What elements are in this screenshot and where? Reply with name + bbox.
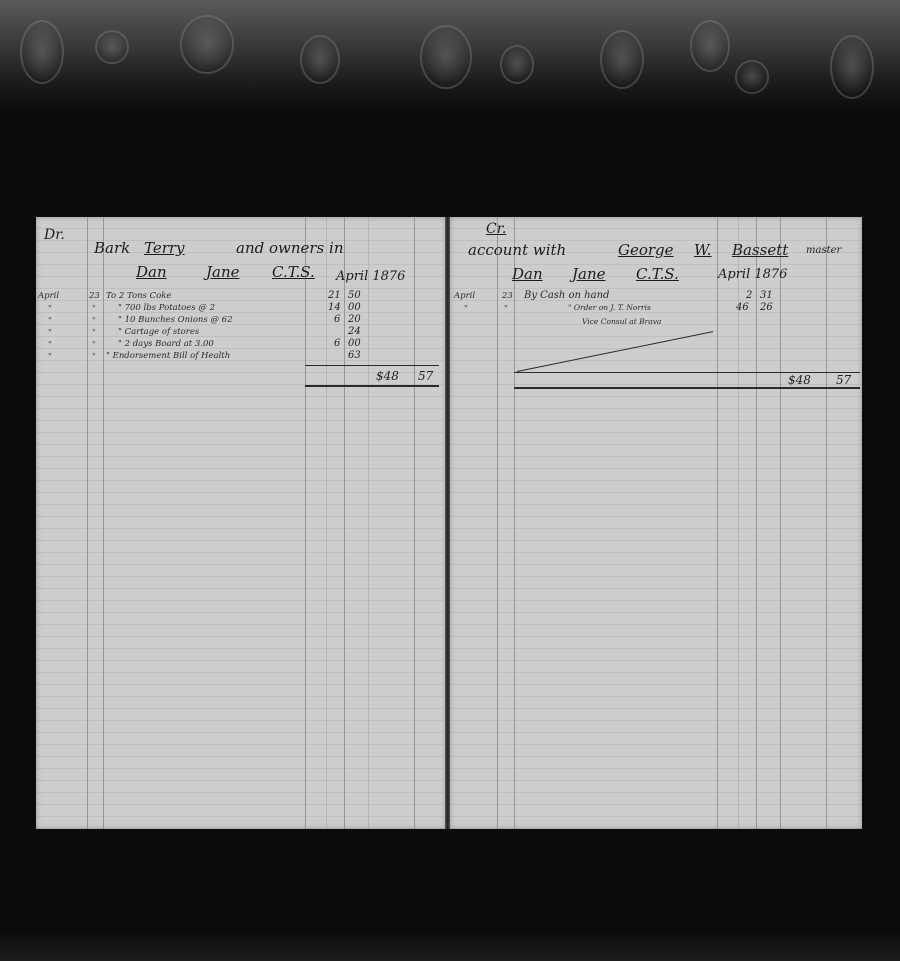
heading-location: C.T.S. [636, 265, 679, 283]
heading-jane: Jane [572, 265, 606, 283]
microfilm-top-border [0, 0, 900, 110]
total-rule [514, 387, 860, 389]
total-dollars: $48 [376, 369, 399, 383]
total-cents: 57 [836, 373, 851, 387]
master-initial: W. [694, 241, 712, 259]
cancel-line [517, 331, 713, 372]
heading-date: April 1876 [718, 267, 787, 282]
master-surname: Bassett [732, 241, 788, 259]
heading-dan: Dan [512, 265, 543, 283]
heading-master: master [806, 245, 841, 256]
debit-label: Dr. [44, 227, 65, 243]
vessel-type: Bark [94, 239, 130, 257]
heading-dan: Dan [136, 263, 167, 281]
heading-account-with: account with [468, 241, 566, 259]
heading-jane: Jane [206, 263, 240, 281]
ledger-left-page: Dr. Bark Terry and owners in Dan Jane C.… [36, 217, 446, 829]
microfilm-bottom-border [0, 931, 900, 961]
master-first-name: George [618, 241, 674, 259]
sum-rule [305, 365, 439, 366]
heading-location: C.T.S. [272, 263, 315, 281]
total-cents: 57 [418, 369, 433, 383]
total-dollars: $48 [788, 373, 811, 387]
total-rule [305, 385, 439, 387]
credit-label: Cr. [486, 221, 506, 237]
ledger-right-page: Cr. account with George W. Bassett maste… [450, 217, 862, 829]
heading-date: April 1876 [336, 269, 405, 284]
heading-owners: and owners in [236, 239, 343, 257]
vessel-name: Terry [144, 239, 185, 257]
